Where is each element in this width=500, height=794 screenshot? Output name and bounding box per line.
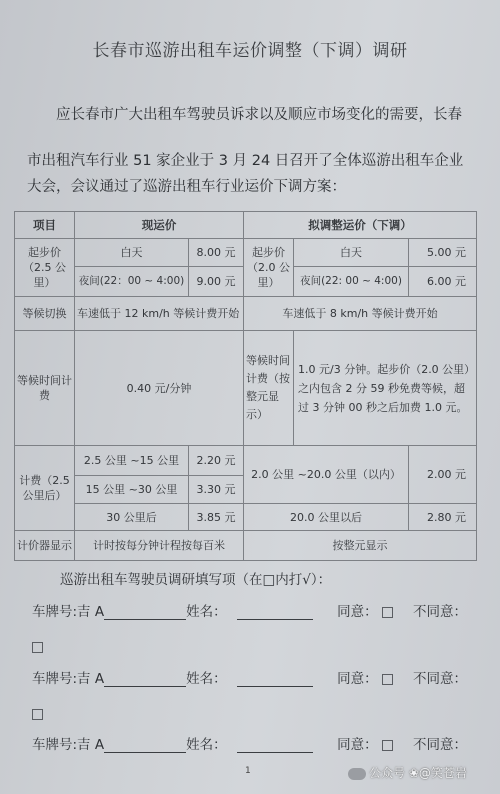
current-night-price: 9.00 元 (189, 267, 244, 297)
survey-row-1: 车牌号:吉 A姓名： 同意： 不同意： (32, 600, 467, 620)
distance-fee-label: 计费（2.5 公里后） (15, 446, 75, 531)
survey-row-2: 车牌号:吉 A姓名： 同意： 不同意： (32, 667, 467, 687)
disagree-label: 不同意： (413, 671, 467, 687)
proposed-night-price: 6.00 元 (409, 267, 477, 297)
proposed-day-label: 白天 (294, 239, 409, 267)
watermark-label: 公众号 (369, 766, 405, 780)
proposed-night-label: 夜间(22: 00 ~ 4:00) (294, 267, 409, 297)
current-distance-range-3: 30 公里后 (75, 504, 189, 531)
intro-line-3: 大会，会议通过了巡游出租车行业运价下调方案： (27, 172, 477, 203)
current-meter-display: 计时按每分钟计程按每百米 (75, 531, 244, 561)
table-row-start-fare-day: 起步价（2.5 公里） 白天 8.00 元 起步价（2.0 公里） 白天 5.0… (15, 239, 477, 267)
fare-comparison-table: 项目 现运价 拟调整运价（下调） 起步价（2.5 公里） 白天 8.00 元 起… (14, 211, 477, 561)
survey-heading: 巡游出租车驾驶员调研填写项（在□内打√）： (60, 568, 331, 588)
survey-row-3: 车牌号:吉 A姓名： 同意： 不同意： (32, 733, 467, 753)
header-proposed-fare: 拟调整运价（下调） (244, 212, 477, 239)
name-input-blank[interactable] (237, 738, 313, 753)
current-distance-range-1: 2.5 公里 ~15 公里 (75, 446, 189, 476)
proposed-day-price: 5.00 元 (409, 239, 477, 267)
table-row-wait-fee: 等候时间计费 0.40 元/分钟 等候时间计费（按整元显示） 1.0 元/3 分… (15, 331, 477, 446)
wait-fee-label: 等候时间计费 (15, 331, 75, 446)
proposed-start-fare-label: 起步价（2.0 公里） (244, 239, 294, 297)
agree-checkbox[interactable] (382, 607, 393, 618)
watermark: 公众号 ❀@笑苍岩 (348, 764, 467, 781)
plate-label: 车牌号:吉 A (32, 604, 104, 620)
current-wait-fee: 0.40 元/分钟 (75, 331, 244, 446)
proposed-distance-range-1: 2.0 公里 ~20.0 公里（以内） (244, 446, 409, 504)
name-label: 姓名： (186, 737, 227, 753)
current-day-price: 8.00 元 (189, 239, 244, 267)
table-row-meter-display: 计价器显示 计时按每分钟计程按每百米 按整元显示 (15, 531, 477, 561)
current-distance-price-1: 2.20 元 (189, 446, 244, 476)
plate-label: 车牌号:吉 A (32, 737, 104, 753)
disagree-checkbox[interactable] (32, 642, 43, 653)
agree-checkbox[interactable] (382, 740, 393, 751)
disagree-checkbox-row-2 (32, 704, 43, 723)
proposed-wait-switch: 车速低于 8 km/h 等候计费开始 (244, 297, 477, 331)
proposed-distance-price-1: 2.00 元 (409, 446, 477, 504)
name-input-blank[interactable] (237, 672, 313, 687)
name-input-blank[interactable] (237, 605, 313, 620)
wait-switch-label: 等候切换 (15, 297, 75, 331)
header-item: 项目 (15, 212, 75, 239)
name-label: 姓名： (186, 671, 227, 687)
name-label: 姓名： (186, 604, 227, 620)
wechat-icon (348, 768, 366, 780)
agree-checkbox[interactable] (382, 674, 393, 685)
watermark-handle: @笑苍岩 (419, 766, 467, 780)
header-current-fare: 现运价 (75, 212, 244, 239)
table-row-wait-switch: 等候切换 车速低于 12 km/h 等候计费开始 车速低于 8 km/h 等候计… (15, 297, 477, 331)
current-distance-price-2: 3.30 元 (189, 476, 244, 504)
agree-label: 同意： (337, 604, 378, 620)
current-night-label: 夜间(22：00 ~ 4:00) (75, 267, 189, 297)
current-distance-price-3: 3.85 元 (189, 504, 244, 531)
page-number: 1 (245, 766, 251, 776)
disagree-checkbox[interactable] (32, 709, 43, 720)
plate-input-blank[interactable] (104, 738, 186, 753)
plate-label: 车牌号:吉 A (32, 671, 104, 687)
proposed-wait-fee: 1.0 元/3 分钟。起步价（2.0 公里）之内包含 2 分 59 秒免费等候，… (294, 331, 477, 446)
start-fare-label: 起步价（2.5 公里） (15, 239, 75, 297)
document-title: 长春市巡游出租车运价调整（下调）调研 (0, 36, 500, 61)
current-distance-range-2: 15 公里 ~30 公里 (75, 476, 189, 504)
proposed-distance-range-2: 20.0 公里以后 (244, 504, 409, 531)
intro-line-1: 应长春市广大出租车驾驶员诉求以及顺应市场变化的需要，长春 (27, 100, 477, 131)
paw-icon: ❀ (409, 766, 419, 780)
proposed-distance-price-2: 2.80 元 (409, 504, 477, 531)
agree-label: 同意： (337, 671, 378, 687)
disagree-label: 不同意： (413, 737, 467, 753)
table-row-distance-3: 30 公里后 3.85 元 20.0 公里以后 2.80 元 (15, 504, 477, 531)
proposed-wait-fee-label: 等候时间计费（按整元显示） (244, 331, 294, 446)
table-header-row: 项目 现运价 拟调整运价（下调） (15, 212, 477, 239)
meter-display-label: 计价器显示 (15, 531, 75, 561)
plate-input-blank[interactable] (104, 605, 186, 620)
agree-label: 同意： (337, 737, 378, 753)
disagree-checkbox-row-1 (32, 637, 43, 656)
plate-input-blank[interactable] (104, 672, 186, 687)
proposed-meter-display: 按整元显示 (244, 531, 477, 561)
table-row-distance-1: 计费（2.5 公里后） 2.5 公里 ~15 公里 2.20 元 2.0 公里 … (15, 446, 477, 476)
current-wait-switch: 车速低于 12 km/h 等候计费开始 (75, 297, 244, 331)
disagree-label: 不同意： (413, 604, 467, 620)
current-day-label: 白天 (75, 239, 189, 267)
